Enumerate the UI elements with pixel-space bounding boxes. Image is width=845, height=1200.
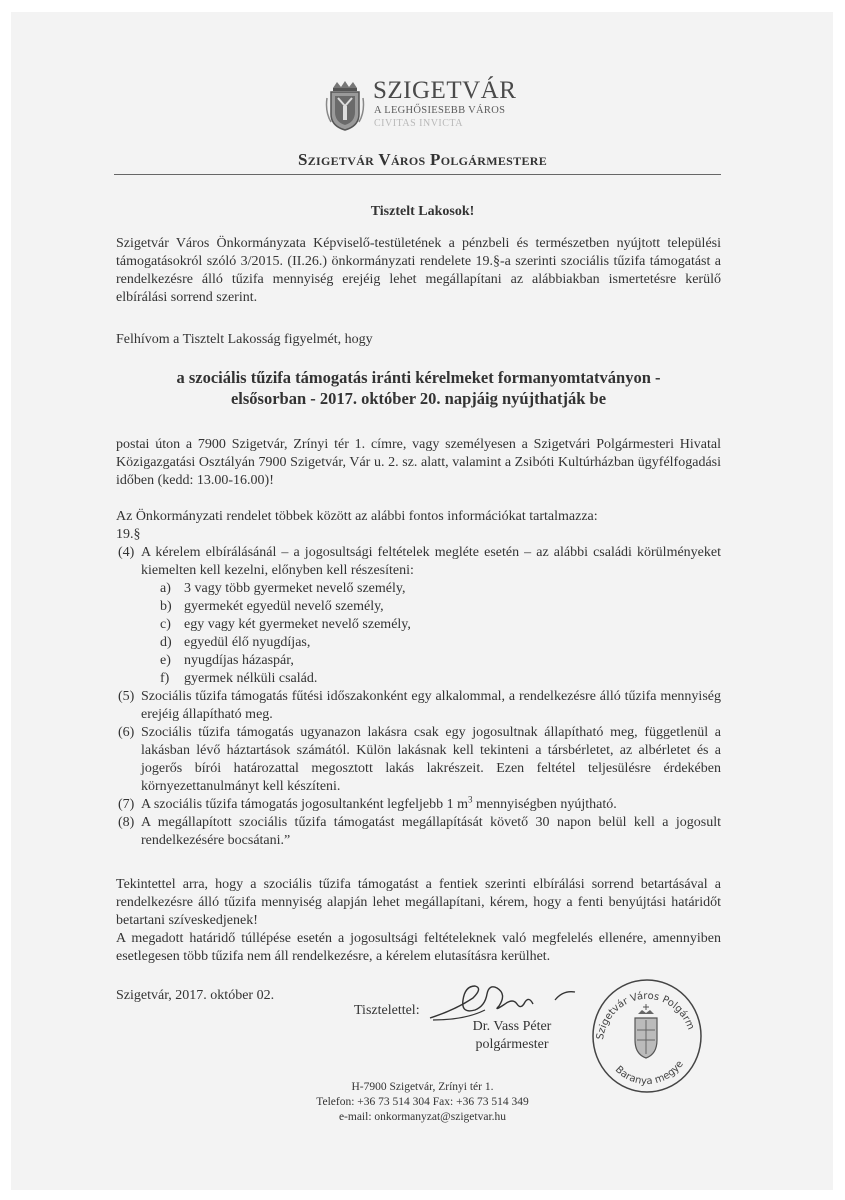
list-item: a)3 vagy több gyermeket nevelő személy, [160,580,721,598]
footer-email: e-mail: onkormanyzat@szigetvar.hu [0,1110,845,1125]
regulation-intro: Az Önkormányzati rendelet többek között … [116,508,721,526]
section-8: (8) A megállapított szociális tűzifa tám… [118,814,721,850]
closing-paragraph: Tekintettel arra, hogy a szociális tűzif… [116,876,721,930]
letterhead-motto: CIVITAS INVICTA [374,118,463,129]
letterhead-tagline: A LEGHŐSIESEBB VÁROS [374,105,505,116]
signatory-position: polgármester [452,1036,572,1054]
city-coat-of-arms-icon [325,78,365,133]
footer-address: H-7900 Szigetvár, Zrínyi tér 1. [0,1080,845,1095]
list-item: c)egy vagy két gyermeket nevelő személy, [160,616,721,634]
official-stamp-icon: Szigetvár Város Polgármestere Baranya me… [585,970,705,1095]
signatory-name: Dr. Vass Péter [452,1018,572,1036]
priority-list: a)3 vagy több gyermeket nevelő személy, … [160,580,721,688]
deadline-headline: a szociális tűzifa támogatás iránti kére… [116,367,721,409]
list-item: f)gyermek nélküli család. [160,670,721,688]
list-item: e)nyugdíjas házaspár, [160,652,721,670]
list-item: d)egyedül élő nyugdíjas, [160,634,721,652]
section-5: (5) Szociális tűzifa támogatás fűtési id… [118,688,721,724]
document-title: Szigetvár Város Polgármestere [0,150,845,170]
regulation-sections: (4) A kérelem elbírálásánál – a jogosult… [118,544,721,850]
greeting: Tisztelt Lakosok! [0,204,845,220]
letterhead-city-name: SZIGETVÁR [373,78,516,104]
contact-footer: H-7900 Szigetvár, Zrínyi tér 1. Telefon:… [0,1080,845,1125]
salutation: Tisztelettel: [354,1003,420,1019]
section-7: (7) A szociális tűzifa támogatás jogosul… [118,796,721,814]
footer-phone-fax: Telefon: +36 73 514 304 Fax: +36 73 514 … [0,1095,845,1110]
intro-paragraph: Szigetvár Város Önkormányzata Képviselő-… [116,235,721,307]
section-4: (4) A kérelem elbírálásánál – a jogosult… [118,544,721,580]
section-label: 19.§ [116,526,721,544]
place-and-date: Szigetvár, 2017. október 02. [116,988,274,1004]
section-6: (6) Szociális tűzifa támogatás ugyanazon… [118,724,721,796]
submission-paragraph: postai úton a 7900 Szigetvár, Zrínyi tér… [116,436,721,490]
headline-line-1: a szociális tűzifa támogatás iránti kére… [116,367,721,388]
list-item: b)gyermekét egyedül nevelő személy, [160,598,721,616]
warning-paragraph: A megadott határidő túllépése esetén a j… [116,930,721,966]
call-to-attention: Felhívom a Tisztelt Lakosság figyelmét, … [116,331,721,349]
headline-line-2: elsősorban - 2017. október 20. napjáig n… [116,388,721,409]
signatory: Dr. Vass Péter polgármester [452,1018,572,1054]
title-divider [114,174,721,175]
